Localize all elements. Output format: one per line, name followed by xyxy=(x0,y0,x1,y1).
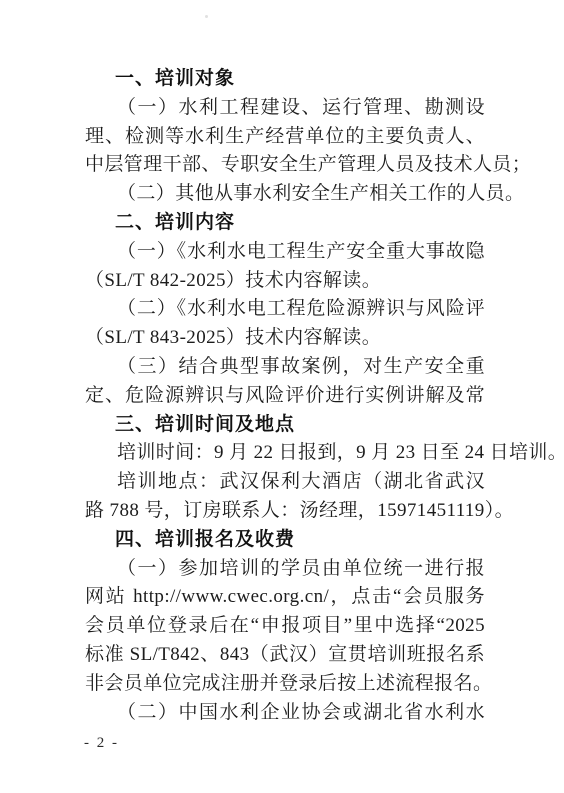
text-line-training-location: 培训地点：武汉保利大酒店（湖北省武汉市武昌区民主 xyxy=(85,468,485,497)
scanned-document-page: 一、培训对象 （一）水利工程建设、运行管理、勘测设计、施工、监 理、检测等水利生… xyxy=(0,0,564,793)
text-line: （SL/T 843-2025）技术内容解读。 xyxy=(85,324,485,353)
text-line: （一）水利工程建设、运行管理、勘测设计、施工、监 xyxy=(85,94,485,123)
text-line-contact-phone: 路 788 号，订房联系人：汤经理，15971451119）。 xyxy=(85,497,485,526)
text-line-website-url: 网站 http://www.cwec.org.cn/，点击“会员服务系统登录”。 xyxy=(85,583,485,612)
text-line: （三）结合典型事故案例，对生产安全重大事故隐患判 xyxy=(85,353,485,382)
text-line: （一）参加培训的学员由单位统一进行报名，登录协会 xyxy=(85,555,485,584)
text-line: 定、危险源辨识与风险评价进行实例讲解及常见问题解析。 xyxy=(85,382,485,411)
text-line: 非会员单位完成注册并登录后按上述流程报名。 xyxy=(85,670,485,699)
text-line: 理、检测等水利生产经营单位的主要负责人、领导班子成员、 xyxy=(85,123,485,152)
text-line: （二）中国水利企业协会或湖北省水利水电行业协会会 xyxy=(85,699,485,728)
text-line: （二）《水利水电工程危险源辨识与风险评价导则》 xyxy=(85,295,485,324)
heading-training-time-location: 三、培训时间及地点 xyxy=(85,411,485,440)
text-line-training-time: 培训时间：9 月 22 日报到，9 月 23 日至 24 日培训。 xyxy=(85,439,485,468)
page-number: - 2 - xyxy=(84,735,119,752)
text-line: （二）其他从事水利安全生产相关工作的人员。 xyxy=(85,180,485,209)
text-line: 会员单位登录后在“申报项目”里中选择“2025 年水利安全 xyxy=(85,612,485,641)
document-body: 一、培训对象 （一）水利工程建设、运行管理、勘测设计、施工、监 理、检测等水利生… xyxy=(85,65,485,727)
heading-training-audience: 一、培训对象 xyxy=(85,65,485,94)
text-line: （SL/T 842-2025）技术内容解读。 xyxy=(85,267,485,296)
scan-artifact-dot xyxy=(205,15,208,18)
text-line: 中层管理干部、专职安全生产管理人员及技术人员； xyxy=(85,151,485,180)
text-line: 标准 SL/T842、843（武汉）宣贯培训班报名系统”完成报名； xyxy=(85,641,485,670)
heading-training-content: 二、培训内容 xyxy=(85,209,485,238)
heading-registration-fees: 四、培训报名及收费 xyxy=(85,526,485,555)
text-line: （一）《水利水电工程生产安全重大事故隐患判定导则》 xyxy=(85,238,485,267)
